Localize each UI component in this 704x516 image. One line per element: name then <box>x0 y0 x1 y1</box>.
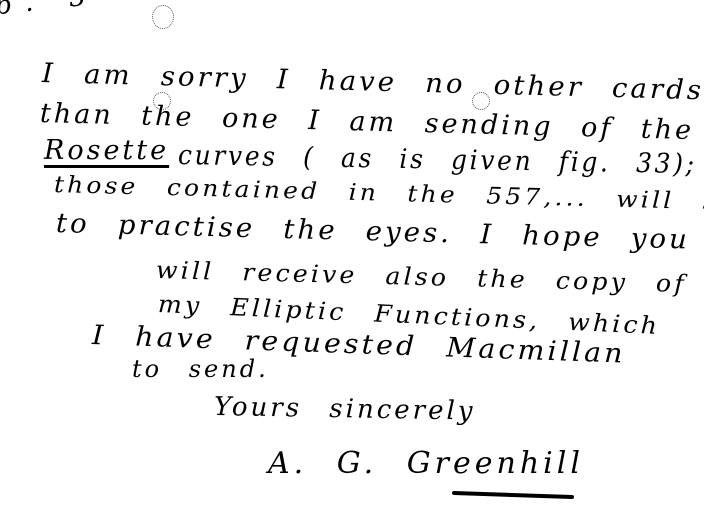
signature-underline <box>452 491 574 499</box>
letter-closing: Yours sincerely <box>214 392 476 427</box>
paper-mark <box>152 5 174 29</box>
letter-page: p. 3 I am sorry I have no other cards th… <box>0 0 704 516</box>
letter-line-6: will receive also the copy of <box>156 256 688 298</box>
letter-line-9: to send. <box>132 355 269 383</box>
letter-line-1: I am sorry I have no other cards <box>42 58 704 106</box>
page-marker: p. 3 <box>0 0 101 21</box>
letter-line-5: to practise the eyes. I hope you <box>56 208 691 256</box>
letter-line-3: curves ( as is given fig. 33); but <box>178 140 704 181</box>
letter-signature: A. G. Greenhill <box>268 446 584 481</box>
letter-word-rosette: Rosette <box>44 135 169 166</box>
